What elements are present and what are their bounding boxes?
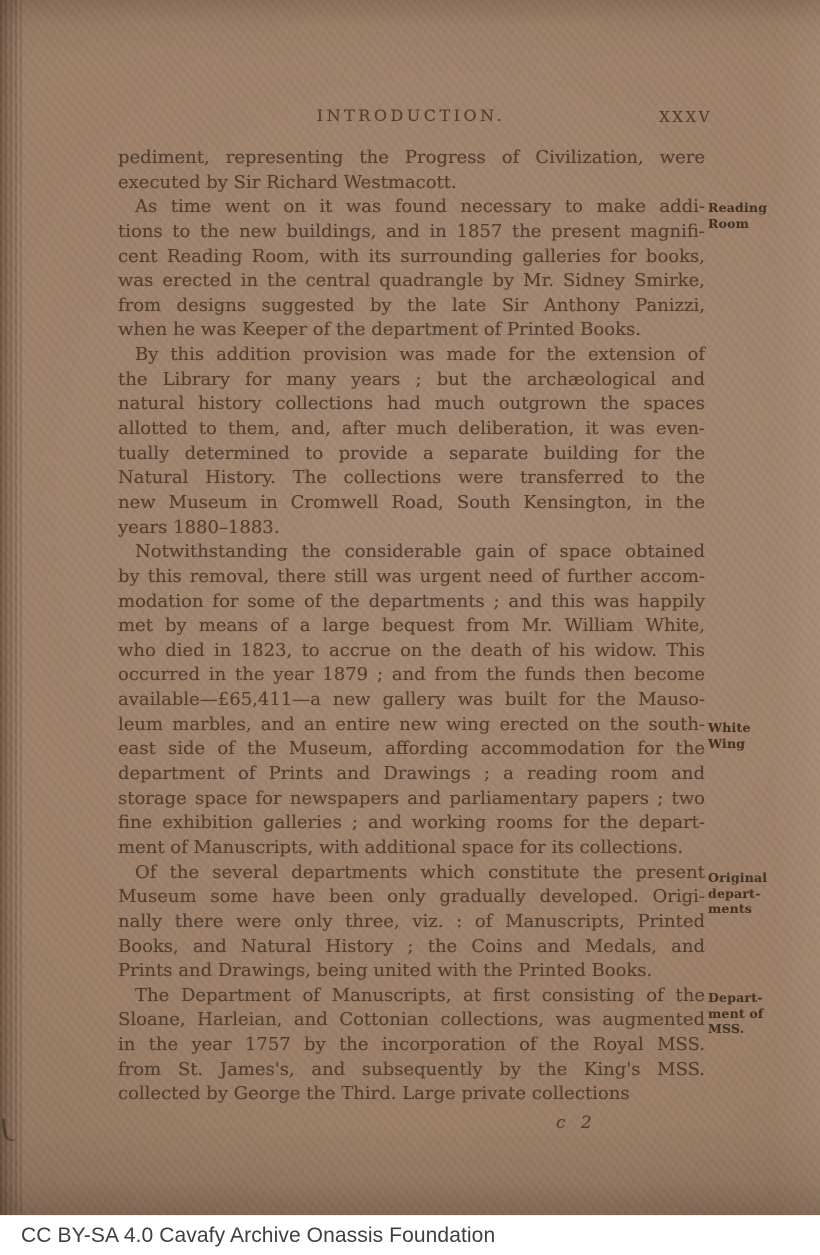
screenshot: INTRODUCTION. XXXV pediment, representin… [0,0,820,1255]
text-line: Natural History. The collections were tr… [118,466,705,491]
text-line: in the year 1757 by the incorporation of… [118,1033,705,1058]
margin-note-white-wing: White Wing [708,720,808,751]
text-line: was erected in the central quadrangle by… [118,269,705,294]
text-line: the Library for many years ; but the arc… [118,368,705,393]
text-line: As time went on it was found necessary t… [118,195,705,220]
page-number: XXXV [560,108,712,126]
text-line: cent Reading Room, with its surrounding … [118,245,705,270]
text-line: The Department of Manuscripts, at first … [118,984,705,1009]
attribution-bar: CC BY-SA 4.0 Cavafy Archive Onassis Foun… [0,1215,820,1255]
text-line: tions to the new buildings, and in 1857 … [118,220,705,245]
text-line: years 1880–1883. [118,516,705,541]
text-line: occurred in the year 1879 ; and from the… [118,663,705,688]
text-line: new Museum in Cromwell Road, South Kensi… [118,491,705,516]
text-line: Museum some have been only gradually dev… [118,885,705,910]
text-line: pediment, representing the Progress of C… [118,146,705,171]
signature-mark: c 2 [556,1113,597,1133]
text-line: when he was Keeper of the department of … [118,318,705,343]
text-line: from St. James's, and subsequently by th… [118,1058,705,1083]
text-line: ment of Manuscripts, with additional spa… [118,836,705,861]
text-line: from designs suggested by the late Sir A… [118,294,705,319]
text-line: natural history collections had much out… [118,392,705,417]
margin-note-reading-room: Reading Room [708,200,808,231]
text-line: department of Prints and Drawings ; a re… [118,762,705,787]
text-line: allotted to them, and, after much delibe… [118,417,705,442]
binding-edge [0,0,22,1215]
text-line: collected by George the Third. Large pri… [118,1082,705,1107]
text-line: Sloane, Harleian, and Cottonian collecti… [118,1008,705,1033]
book-page-photo: INTRODUCTION. XXXV pediment, representin… [0,0,820,1215]
margin-note-original-departments: Original depart- ments [708,870,808,917]
margin-note-department-of-mss: Depart- ment of MSS. [708,990,808,1037]
text-line: modation for some of the departments ; a… [118,590,705,615]
text-line: available—£65,411—a new gallery was buil… [118,688,705,713]
license-attribution: CC BY-SA 4.0 Cavafy Archive Onassis Foun… [0,1224,495,1248]
text-line: tually determined to provide a separate … [118,442,705,467]
text-line: storage space for newspapers and parliam… [118,787,705,812]
text-line: east side of the Museum, affording accom… [118,737,705,762]
text-line: Of the several departments which constit… [118,861,705,886]
text-line: leum marbles, and an entire new wing ere… [118,713,705,738]
text-line: met by means of a large bequest from Mr.… [118,614,705,639]
text-line: fine exhibition galleries ; and working … [118,811,705,836]
text-column: pediment, representing the Progress of C… [118,146,705,1107]
text-line: executed by Sir Richard Westmacott. [118,171,705,196]
text-line: who died in 1823, to accrue on the death… [118,639,705,664]
text-line: Notwithstanding the considerable gain of… [118,540,705,565]
text-line: Prints and Drawings, being united with t… [118,959,705,984]
text-line: Books, and Natural History ; the Coins a… [118,935,705,960]
text-line: by this removal, there still was urgent … [118,565,705,590]
text-line: By this addition provision was made for … [118,343,705,368]
text-line: nally there were only three, viz. : of M… [118,910,705,935]
